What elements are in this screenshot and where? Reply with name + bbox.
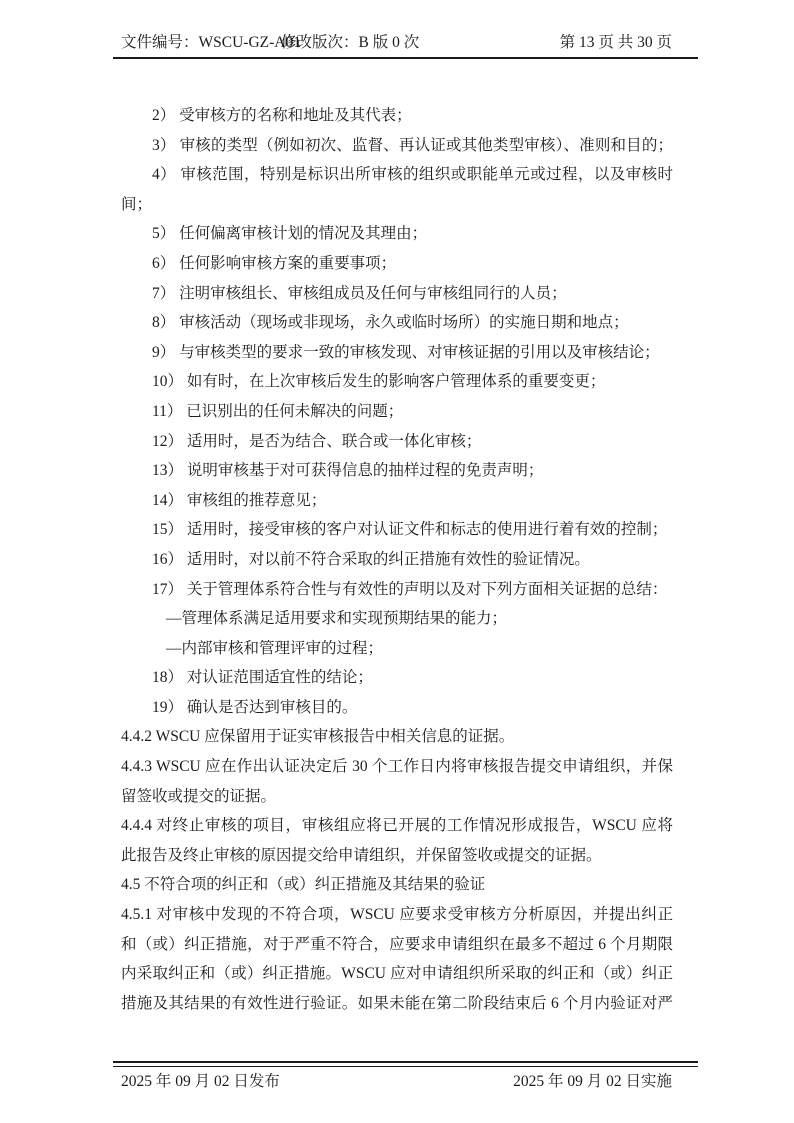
body-line: 4.5 不符合项的纠正和（或）纠正措施及其结果的验证 bbox=[121, 870, 673, 900]
implement-date-label: 2025 年 09 月 02 日实施 bbox=[513, 1072, 672, 1092]
page-header: 文件编号：WSCU-GZ-A01 修改版次：B 版 0 次 第 13 页 共 3… bbox=[113, 33, 698, 59]
body-line: 15） 适用时，接受审核的客户对认证文件和标志的使用进行着有效的控制； bbox=[121, 515, 673, 545]
body-line: 3） 审核的类型（例如初次、监督、再认证或其他类型审核）、准则和目的； bbox=[121, 131, 673, 161]
footer-double-rule bbox=[113, 1061, 698, 1067]
page-header-row: 文件编号：WSCU-GZ-A01 修改版次：B 版 0 次 第 13 页 共 3… bbox=[113, 33, 698, 53]
body-line: 此报告及终止审核的原因提交给申请组织，并保留签收或提交的证据。 bbox=[121, 841, 673, 871]
body-line: 4） 审核范围，特别是标识出所审核的组织或职能单元或过程，以及审核时 bbox=[121, 160, 673, 190]
page-number-label: 第 13 页 共 30 页 bbox=[560, 33, 672, 53]
body-line: 4.4.4 对终止审核的项目，审核组应将已开展的工作情况形成报告，WSCU 应将 bbox=[121, 811, 673, 841]
body-line: 17） 关于管理体系符合性与有效性的声明以及对下列方面相关证据的总结： bbox=[121, 575, 673, 605]
body-line: 9） 与审核类型的要求一致的审核发现、对审核证据的引用以及审核结论； bbox=[121, 338, 673, 368]
body-line: 间； bbox=[121, 190, 673, 220]
body-line: 19） 确认是否达到审核目的。 bbox=[121, 693, 673, 723]
body-line: 12） 适用时，是否为结合、联合或一体化审核； bbox=[121, 427, 673, 457]
body-line: 内采取纠正和（或）纠正措施。WSCU 应对申请组织所采取的纠正和（或）纠正 bbox=[121, 959, 673, 989]
page-footer: 2025 年 09 月 02 日发布 2025 年 09 月 02 日实施 bbox=[113, 1061, 698, 1092]
body-line: 4.5.1 对审核中发现的不符合项，WSCU 应要求受审核方分析原因，并提出纠正 bbox=[121, 900, 673, 930]
body-line: 措施及其结果的有效性进行验证。如果未能在第二阶段结束后 6 个月内验证对严 bbox=[121, 989, 673, 1019]
body-line: 10） 如有时，在上次审核后发生的影响客户管理体系的重要变更； bbox=[121, 367, 673, 397]
body-line: 5） 任何偏离审核计划的情况及其理由； bbox=[121, 219, 673, 249]
document-page: 文件编号：WSCU-GZ-A01 修改版次：B 版 0 次 第 13 页 共 3… bbox=[0, 0, 794, 1123]
doc-number-label: 文件编号：WSCU-GZ-A01 bbox=[121, 33, 301, 53]
body-line: 4.4.2 WSCU 应保留用于证实审核报告中相关信息的证据。 bbox=[121, 722, 673, 752]
release-date-label: 2025 年 09 月 02 日发布 bbox=[121, 1072, 280, 1092]
body-line: 18） 对认证范围适宜性的结论； bbox=[121, 663, 673, 693]
body-line: 13） 说明审核基于对可获得信息的抽样过程的免责声明； bbox=[121, 456, 673, 486]
body-line: 6） 任何影响审核方案的重要事项； bbox=[121, 249, 673, 279]
body-line: 11） 已识别出的任何未解决的问题； bbox=[121, 397, 673, 427]
body-line: 14） 审核组的推荐意见； bbox=[121, 486, 673, 516]
body-line: —内部审核和管理评审的过程； bbox=[121, 634, 673, 664]
document-body: 2） 受审核方的名称和地址及其代表；3） 审核的类型（例如初次、监督、再认证或其… bbox=[121, 101, 673, 1018]
body-line: 7） 注明审核组长、审核组成员及任何与审核组同行的人员； bbox=[121, 279, 673, 309]
body-line: 留签收或提交的证据。 bbox=[121, 782, 673, 812]
body-line: 4.4.3 WSCU 应在作出认证决定后 30 个工作日内将审核报告提交申请组织… bbox=[121, 752, 673, 782]
body-line: —管理体系满足适用要求和实现预期结果的能力； bbox=[121, 604, 673, 634]
body-line: 16） 适用时，对以前不符合采取的纠正措施有效性的验证情况。 bbox=[121, 545, 673, 575]
body-line: 和（或）纠正措施，对于严重不符合，应要求申请组织在最多不超过 6 个月期限 bbox=[121, 930, 673, 960]
body-line: 8） 审核活动（现场或非现场，永久或临时场所）的实施日期和地点； bbox=[121, 308, 673, 338]
page-footer-row: 2025 年 09 月 02 日发布 2025 年 09 月 02 日实施 bbox=[113, 1072, 698, 1092]
revision-label: 修改版次：B 版 0 次 bbox=[281, 33, 419, 53]
body-line: 2） 受审核方的名称和地址及其代表； bbox=[121, 101, 673, 131]
